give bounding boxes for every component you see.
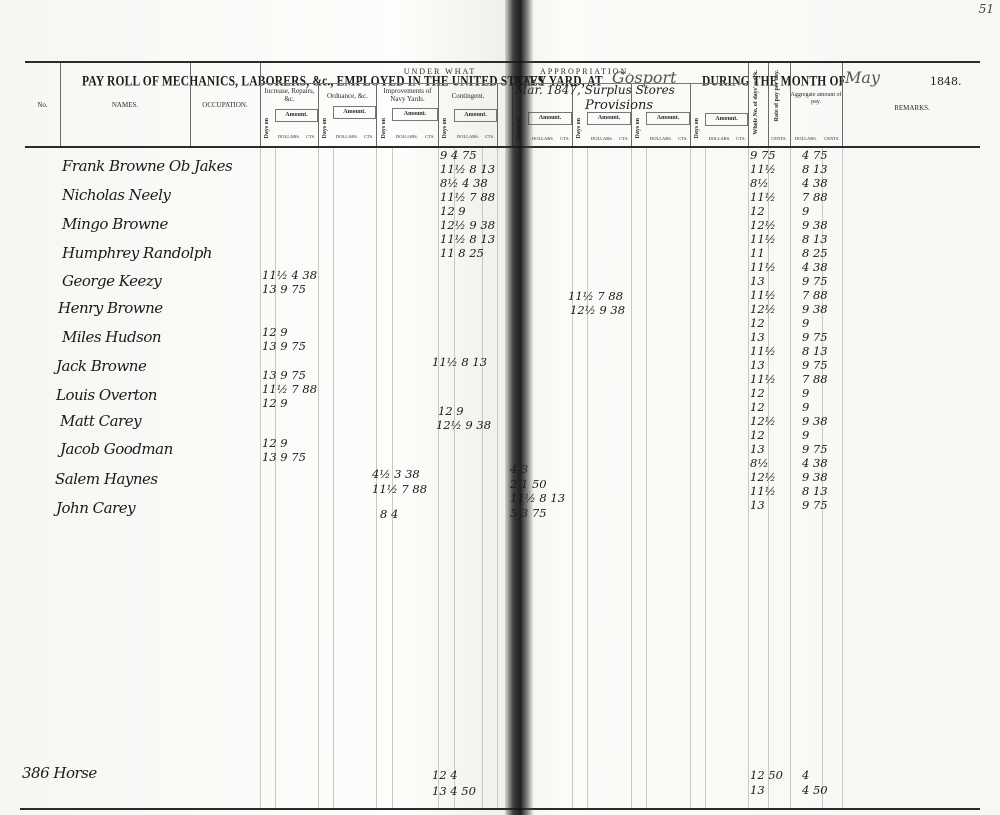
ledger-name: John Carey	[56, 499, 135, 517]
col-header-rate-per-day: Rate of pay per day.	[774, 70, 780, 121]
group-ordnance: Ordnance, &c.	[319, 92, 376, 100]
aggregate-pay-entry: 7 88	[802, 372, 828, 386]
amount-label: Amount.	[646, 115, 690, 122]
dollars-label: DOLLARS.	[646, 136, 676, 141]
total-days-entry: 13	[750, 330, 765, 344]
body-rule	[705, 148, 706, 808]
aggregate-pay-entry: 9	[802, 316, 809, 330]
total-days-entry: 8½	[750, 456, 768, 470]
col-header-remarks: REMARKS.	[842, 104, 982, 112]
contingent-entry: 12½ 9 38	[440, 218, 495, 232]
total-days-entry: 11½	[750, 484, 776, 498]
total-days-entry: 12½	[750, 470, 776, 484]
aggregate-pay-entry: 4 38	[802, 260, 828, 274]
ledger-name: Humphrey Randolph	[62, 244, 212, 262]
cts-label: CTS.	[361, 134, 376, 139]
col-divider	[748, 63, 749, 146]
col-header-appropriation: APPROPRIATION.	[540, 67, 660, 76]
group-handwritten-provisions: Provisions	[585, 98, 653, 113]
aggregate-pay-entry: 7 88	[802, 288, 828, 302]
total-days-entry: 12½	[750, 414, 776, 428]
body-rule	[646, 148, 647, 808]
cts-label: CTS.	[617, 136, 631, 141]
contingent-entry: 8½ 4 38	[440, 176, 488, 190]
aggregate-pay-entry: 9 38	[802, 218, 828, 232]
book-gutter	[505, 0, 533, 815]
dollars-label: DOLLARS.	[333, 134, 361, 139]
total-days-entry: 13	[750, 783, 765, 797]
total-days-entry: 12	[750, 428, 765, 442]
ledger-name: Louis Overton	[56, 386, 157, 404]
aggregate-pay-entry: 7 88	[802, 190, 828, 204]
total-days-entry: 12½	[750, 218, 776, 232]
amount-label: Amount.	[587, 115, 631, 122]
total-days-entry: 11½	[750, 344, 776, 358]
year: 1848.	[930, 75, 962, 88]
aggregate-pay-entry: 9 75	[802, 358, 828, 372]
total-days-entry: 11½	[750, 232, 776, 246]
ledger-page: 51 PAY ROLL OF MECHANICS, LABORERS, &c.,…	[0, 0, 1000, 815]
col-header-no: No.	[25, 101, 60, 109]
total-days-entry: 11	[750, 246, 765, 260]
improvements-entry: 4½ 3 38	[372, 467, 420, 481]
dollars-label: DOLLARS.	[587, 136, 617, 141]
col-header-occupation: OCCUPATION.	[190, 101, 260, 109]
body-rule	[631, 148, 632, 808]
aggregate-pay-entry: 8 13	[802, 162, 828, 176]
improvements-entry: 11½ 7 88	[372, 482, 427, 496]
contingent-entry: 11½ 7 88	[440, 190, 495, 204]
ledger-name: Jack Browne	[56, 357, 146, 375]
ledger-name: Frank Browne Ob Jakes	[62, 157, 232, 175]
cts-label: CTS.	[734, 136, 748, 141]
aggregate-pay-entry: 9 38	[802, 302, 828, 316]
increase-entry: 12 9	[262, 436, 288, 450]
group-improvements: Improvements of Navy Yards.	[377, 87, 438, 103]
days-on-label: Days on	[381, 118, 387, 139]
increase-entry: 11½ 7 88	[262, 382, 317, 396]
col-divider	[690, 84, 691, 146]
increase-entry: 12 9	[262, 396, 288, 410]
aggregate-pay-entry: 9	[802, 386, 809, 400]
agg-dollars-label: DOLLARS.	[790, 136, 822, 141]
aggregate-pay-entry: 9 75	[802, 274, 828, 288]
increase-entry: 13 9 75	[262, 339, 306, 353]
aggregate-pay-entry: 8 13	[802, 484, 828, 498]
total-days-entry: 8½	[750, 176, 768, 190]
dollars-label: DOLLARS.	[454, 134, 482, 139]
col-header-under-what: UNDER WHAT	[380, 67, 500, 76]
contingent-entry: 12 9	[438, 404, 464, 418]
cents-label: CENTS.	[768, 136, 790, 141]
page-number: 51	[979, 2, 994, 16]
days-on-label: Days on	[694, 118, 700, 139]
increase-entry: 13 9 75	[262, 282, 306, 296]
total-days-entry: 11½	[750, 288, 776, 302]
aggregate-pay-entry: 9 38	[802, 414, 828, 428]
month-handwritten: May	[845, 68, 880, 87]
days-on-label: Days on	[442, 118, 448, 139]
total-days-entry: 13	[750, 358, 765, 372]
cts-label: CTS.	[676, 136, 690, 141]
provisions-entry: 11½ 7 88	[568, 289, 623, 303]
contingent-entry: 11 8 25	[440, 246, 484, 260]
group-handwritten-surplus: Mar. 1847, Surplus Stores	[515, 83, 675, 97]
amount-label: Amount.	[528, 115, 572, 122]
ledger-name: Henry Browne	[58, 299, 163, 317]
total-days-entry: 9 75	[750, 148, 776, 162]
body-rule	[275, 148, 276, 808]
aggregate-pay-entry: 4 75	[802, 148, 828, 162]
aggregate-pay-entry: 9 75	[802, 330, 828, 344]
col-divider	[260, 63, 261, 146]
contingent-entry: 9 4 75	[440, 148, 477, 162]
footer-rule	[20, 808, 980, 810]
contingent-entry: 11½ 8 13	[440, 232, 495, 246]
aggregate-pay-entry: 9 75	[802, 442, 828, 456]
contingent-entry: 13 4 50	[432, 784, 476, 798]
aggregate-pay-entry: 8 13	[802, 232, 828, 246]
improvements-entry: 8 4	[380, 507, 398, 521]
total-days-entry: 12	[750, 386, 765, 400]
contingent-entry: 12 4	[432, 768, 458, 782]
aggregate-pay-entry: 9	[802, 428, 809, 442]
total-days-entry: 11½	[750, 372, 776, 386]
total-days-entry: 11½	[750, 260, 776, 274]
header-bottom-rule	[25, 146, 980, 148]
increase-entry: 13 9 75	[262, 368, 306, 382]
total-days-entry: 11½	[750, 162, 776, 176]
cts-label: CTS.	[558, 136, 572, 141]
days-on-label: Days on	[576, 118, 582, 139]
header-top-rule-right	[510, 61, 980, 63]
aggregate-pay-entry: 9 75	[802, 498, 828, 512]
aggregate-pay-entry: 9	[802, 204, 809, 218]
col-header-whole-days: Whole No. of days' work.	[753, 70, 759, 135]
aggregate-pay-entry: 8 13	[802, 344, 828, 358]
amount-label: Amount.	[392, 111, 438, 118]
body-rule	[587, 148, 588, 808]
body-rule	[690, 148, 691, 808]
ledger-name: Salem Haynes	[55, 470, 158, 488]
group-increase-repairs: Increase, Repairs, &c.	[261, 87, 318, 103]
amount-label: Amount.	[454, 112, 497, 119]
days-on-label: Days on	[635, 118, 641, 139]
body-rule	[842, 148, 843, 808]
increase-entry: 12 9	[262, 325, 288, 339]
ledger-name: Miles Hudson	[62, 328, 161, 346]
aggregate-pay-entry: 9 38	[802, 470, 828, 484]
aggregate-pay-entry: 4 38	[802, 176, 828, 190]
body-rule	[572, 148, 573, 808]
body-rule	[497, 148, 498, 808]
col-divider	[497, 84, 498, 146]
body-rule	[260, 148, 261, 808]
col-header-names: NAMES.	[60, 101, 190, 109]
header-top-rule-left	[25, 61, 510, 63]
total-days-entry: 13	[750, 498, 765, 512]
col-divider	[768, 63, 769, 146]
contingent-entry: 12½ 9 38	[436, 418, 491, 432]
under-what-rule	[260, 83, 505, 84]
body-rule	[790, 148, 791, 808]
increase-entry: 13 9 75	[262, 450, 306, 464]
ledger-name: Mingo Browne	[62, 215, 168, 233]
total-days-entry: 13	[750, 442, 765, 456]
total-days-entry: 13	[750, 274, 765, 288]
total-days-entry: 12	[750, 400, 765, 414]
days-on-label: Days on	[322, 118, 328, 139]
aggregate-pay-entry: 9	[802, 400, 809, 414]
ledger-name: 386 Horse	[22, 764, 97, 782]
body-rule	[748, 148, 749, 808]
total-days-entry: 12 50	[750, 768, 783, 782]
cts-label: CTS.	[482, 134, 497, 139]
provisions-entry: 12½ 9 38	[570, 303, 625, 317]
col-header-aggregate: Aggregate amount of pay.	[790, 92, 842, 106]
ledger-name: Jacob Goodman	[60, 440, 173, 458]
agg-cents-label: CENTS.	[822, 136, 842, 141]
cts-label: CTS.	[422, 134, 438, 139]
aggregate-pay-entry: 4	[802, 768, 809, 782]
total-days-entry: 12	[750, 204, 765, 218]
aggregate-pay-entry: 4 38	[802, 456, 828, 470]
ledger-name: George Keezy	[62, 272, 161, 290]
increase-entry: 11½ 4 38	[262, 268, 317, 282]
cts-label: CTS.	[303, 134, 318, 139]
amount-label: Amount.	[705, 116, 748, 123]
dollars-label: DOLLARS.	[705, 136, 734, 141]
aggregate-pay-entry: 8 25	[802, 246, 828, 260]
dollars-label: DOLLARS.	[275, 134, 303, 139]
contingent-entry: 12 9	[440, 204, 466, 218]
aggregate-pay-entry: 4 50	[802, 783, 828, 797]
ledger-name: Matt Carey	[60, 412, 141, 430]
body-rule	[333, 148, 334, 808]
body-rule	[438, 148, 439, 808]
days-on-label: Days on	[264, 118, 270, 139]
total-days-entry: 12½	[750, 302, 776, 316]
contingent-entry: 11½ 8 13	[432, 355, 487, 369]
group-contingent: Contingent.	[439, 92, 497, 100]
total-days-entry: 12	[750, 316, 765, 330]
amount-label: Amount.	[333, 109, 376, 116]
dollars-label: DOLLARS.	[392, 134, 422, 139]
body-rule	[318, 148, 319, 808]
ledger-name: Nicholas Neely	[62, 186, 170, 204]
amount-label: Amount.	[275, 112, 318, 119]
total-days-entry: 11½	[750, 190, 776, 204]
contingent-entry: 11½ 8 13	[440, 162, 495, 176]
